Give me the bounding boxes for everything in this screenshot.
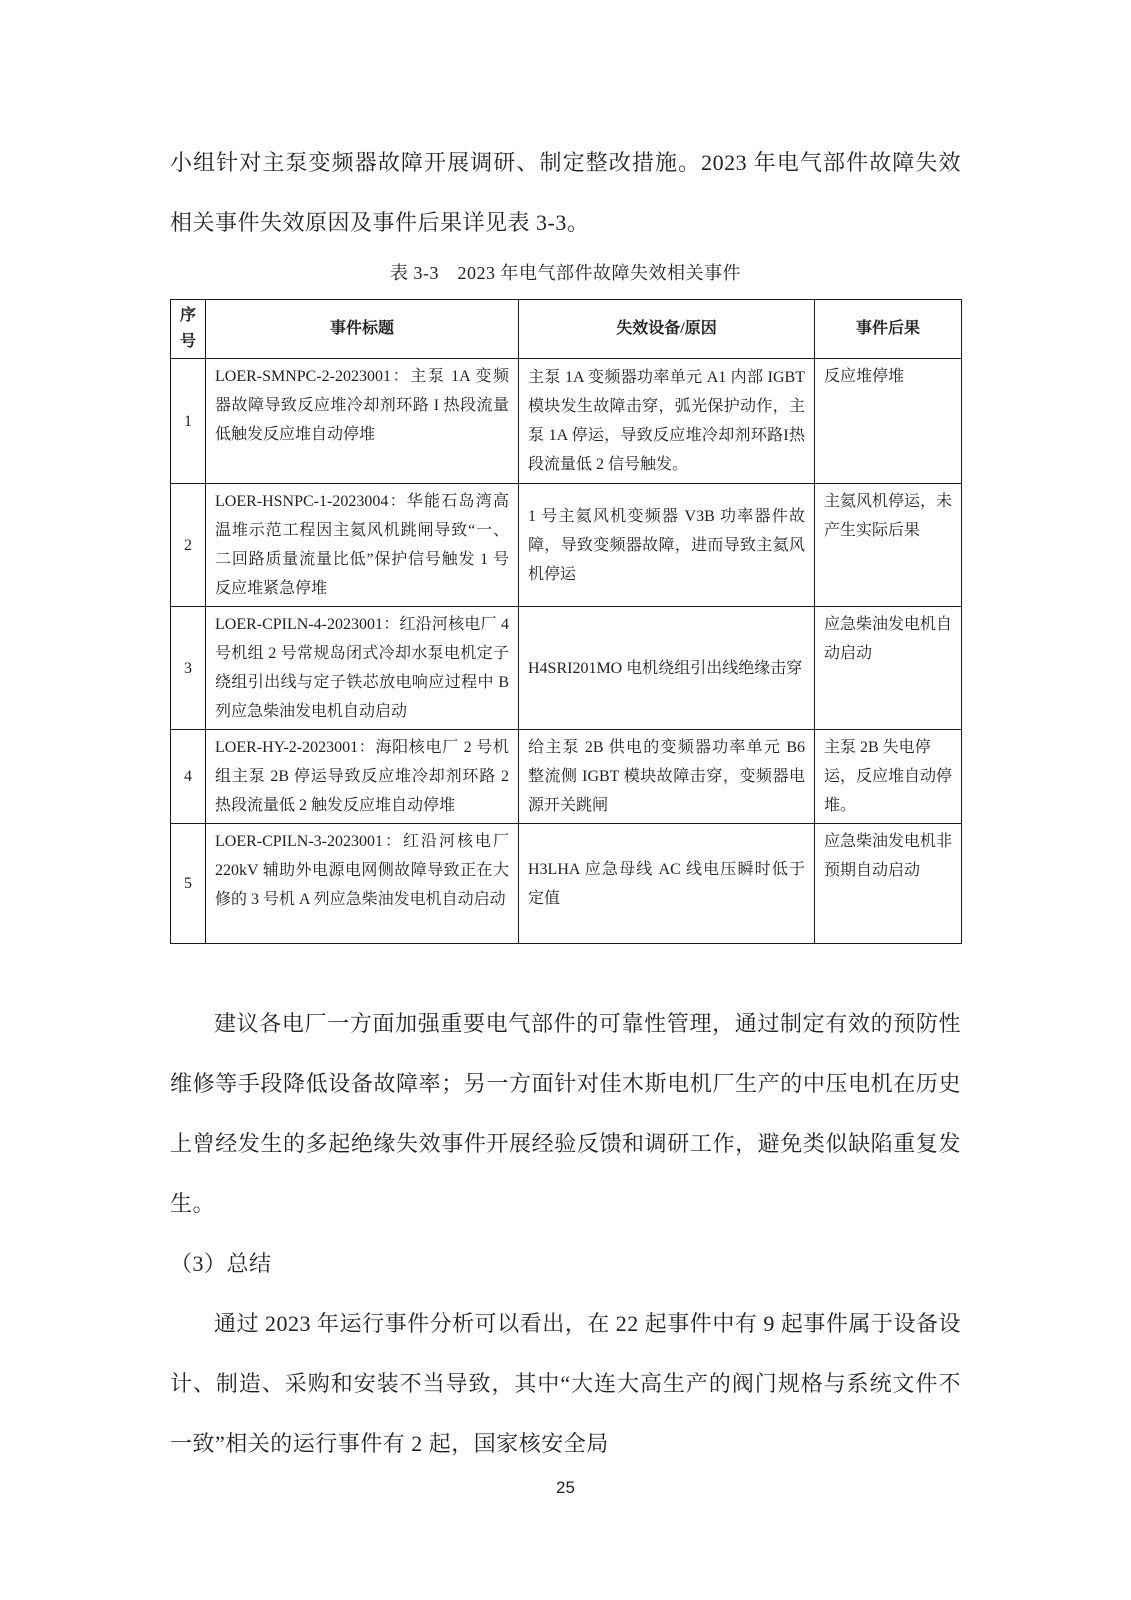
cell-cause: 给主泵 2B 供电的变频器功率单元 B6 整流侧 IGBT 模块故障击穿，变频器… xyxy=(519,730,815,824)
spacer xyxy=(170,944,961,994)
paragraph-suggestion: 建议各电厂一方面加强重要电气部件的可靠性管理，通过制定有效的预防性维修等手段降低… xyxy=(170,994,961,1234)
table-row: 1 LOER-SMNPC-2-2023001：主泵 1A 变频器故障导致反应堆冷… xyxy=(171,359,962,484)
cell-title: LOER-CPILN-4-2023001：红沿河核电厂 4 号机组 2 号常规岛… xyxy=(206,607,519,730)
cell-no: 3 xyxy=(171,607,206,730)
header-cell-title: 事件标题 xyxy=(206,300,519,359)
cell-title: LOER-HSNPC-1-2023004：华能石岛湾高温堆示范工程因主氦风机跳闸… xyxy=(206,484,519,607)
cell-cause: H4SRI201MO 电机绕组引出线绝缘击穿 xyxy=(519,607,815,730)
cell-cause: H3LHA 应急母线 AC 线电压瞬时低于定值 xyxy=(519,824,815,944)
document-content: 小组针对主泵变频器故障开展调研、制定整改措施。2023 年电气部件故障失效相关事… xyxy=(170,133,961,1474)
table-row: 4 LOER-HY-2-2023001：海阳核电厂 2 号机组主泵 2B 停运导… xyxy=(171,730,962,824)
cell-no: 5 xyxy=(171,824,206,944)
header-cell-consequence: 事件后果 xyxy=(815,300,962,359)
paragraph-intro: 小组针对主泵变频器故障开展调研、制定整改措施。2023 年电气部件故障失效相关事… xyxy=(170,133,961,253)
events-table: 序号 事件标题 失效设备/原因 事件后果 1 LOER-SMNPC-2-2023… xyxy=(170,299,962,944)
table-row: 5 LOER-CPILN-3-2023001：红沿河核电厂 220kV 辅助外电… xyxy=(171,824,962,944)
table-header-row: 序号 事件标题 失效设备/原因 事件后果 xyxy=(171,300,962,359)
cell-no: 4 xyxy=(171,730,206,824)
cell-title: LOER-HY-2-2023001：海阳核电厂 2 号机组主泵 2B 停运导致反… xyxy=(206,730,519,824)
cell-title: LOER-CPILN-3-2023001：红沿河核电厂 220kV 辅助外电源电… xyxy=(206,824,519,944)
paragraph-summary: 通过 2023 年运行事件分析可以看出，在 22 起事件中有 9 起事件属于设备… xyxy=(170,1294,961,1474)
cell-no: 2 xyxy=(171,484,206,607)
cell-cause: 1 号主氦风机变频器 V3B 功率器件故障，导致变频器故障，进而导致主氦风机停运 xyxy=(519,484,815,607)
cell-consequence: 主泵 2B 失电停运，反应堆自动停堆。 xyxy=(815,730,962,824)
page-number: 25 xyxy=(0,1478,1131,1498)
cell-cause: 主泵 1A 变频器功率单元 A1 内部 IGBT 模块发生故障击穿，弧光保护动作… xyxy=(519,359,815,484)
table-row: 2 LOER-HSNPC-1-2023004：华能石岛湾高温堆示范工程因主氦风机… xyxy=(171,484,962,607)
cell-consequence: 应急柴油发电机自动启动 xyxy=(815,607,962,730)
header-cell-no: 序号 xyxy=(171,300,206,359)
heading-summary: （3）总结 xyxy=(170,1234,961,1294)
cell-no: 1 xyxy=(171,359,206,484)
cell-consequence: 反应堆停堆 xyxy=(815,359,962,484)
cell-consequence: 主氦风机停运，未产生实际后果 xyxy=(815,484,962,607)
cell-title: LOER-SMNPC-2-2023001：主泵 1A 变频器故障导致反应堆冷却剂… xyxy=(206,359,519,484)
cell-consequence: 应急柴油发电机非预期自动启动 xyxy=(815,824,962,944)
header-cell-cause: 失效设备/原因 xyxy=(519,300,815,359)
table-caption: 表 3-3 2023 年电气部件故障失效相关事件 xyxy=(170,257,961,289)
table-row: 3 LOER-CPILN-4-2023001：红沿河核电厂 4 号机组 2 号常… xyxy=(171,607,962,730)
